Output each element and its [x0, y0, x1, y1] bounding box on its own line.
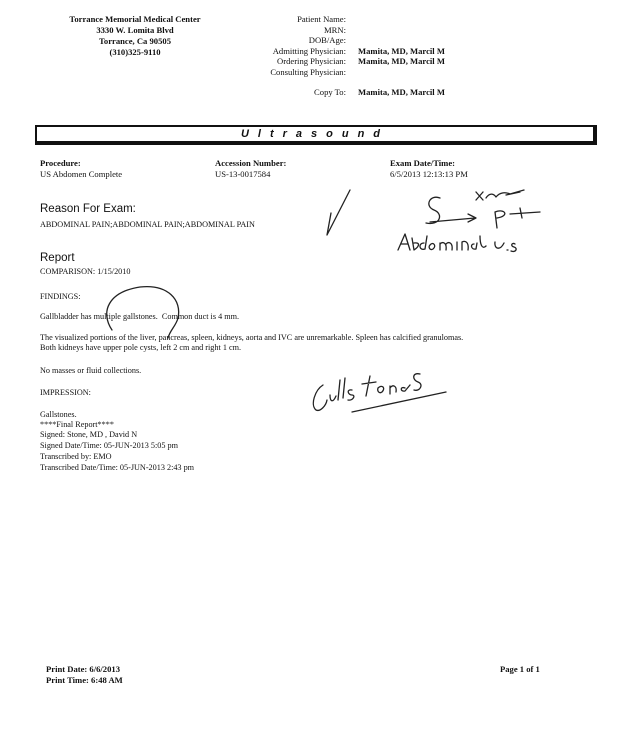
copy-to-row: Copy To: Mamita, MD, Marcil M [255, 87, 445, 98]
consulting-label: Consulting Physician: [255, 67, 346, 78]
page-number: Page 1 of 1 [500, 664, 540, 675]
xray-note [476, 190, 524, 200]
ordering-label: Ordering Physician: [255, 56, 346, 67]
reason-text: ABDOMINAL PAIN;ABDOMINAL PAIN;ABDOMINAL … [40, 220, 255, 230]
pt-note [495, 208, 540, 228]
hospital-name: Torrance Memorial Medical Center [40, 14, 230, 25]
finding-1-duct: Common duct is 4 mm. [162, 312, 239, 321]
ordering-value: Mamita, MD, Marcil M [358, 56, 445, 67]
print-date: Print Date: 6/6/2013 [46, 664, 123, 675]
s-arrow-note [426, 197, 476, 223]
transcribed-datetime: Transcribed Date/Time: 05-JUN-2013 2:43 … [40, 463, 194, 473]
abdominal-us-note [398, 234, 516, 251]
mrn-row: MRN: [255, 25, 445, 36]
accession-block: Accession Number: US-13-0017584 [215, 158, 286, 179]
final-report-marker: ****Final Report**** [40, 420, 114, 430]
gallstones-underline [352, 392, 446, 412]
copy-to-value: Mamita, MD, Marcil M [358, 87, 445, 98]
checkmark-icon [327, 190, 350, 235]
signed-datetime: Signed Date/Time: 05-JUN-2013 5:05 pm [40, 441, 178, 451]
comparison: COMPARISON: 1/15/2010 [40, 267, 130, 277]
finding-3: No masses or fluid collections. [40, 366, 141, 376]
hospital-phone: (310)325-9110 [40, 47, 230, 58]
transcribed-by: Transcribed by: EMO [40, 452, 112, 462]
procedure-value: US Abdomen Complete [40, 169, 122, 180]
dob-row: DOB/Age: [255, 35, 445, 46]
print-info: Print Date: 6/6/2013 Print Time: 6:48 AM [46, 664, 123, 685]
exam-datetime-label: Exam Date/Time: [390, 158, 468, 169]
ordering-row: Ordering Physician: Mamita, MD, Marcil M [255, 56, 445, 67]
accession-label: Accession Number: [215, 158, 286, 169]
admitting-row: Admitting Physician: Mamita, MD, Marcil … [255, 46, 445, 57]
reason-heading: Reason For Exam: [40, 203, 136, 215]
gallstones-note [313, 374, 421, 411]
findings-heading: FINDINGS: [40, 292, 81, 302]
dob-label: DOB/Age: [255, 35, 346, 46]
finding-1: Gallbladder has multiple gallstones. Com… [40, 312, 239, 322]
copy-to-label: Copy To: [255, 87, 346, 98]
consulting-row: Consulting Physician: [255, 67, 445, 78]
report-heading: Report [40, 252, 75, 264]
finding-1-gallstones: Gallbladder has multiple gallstones. [40, 312, 158, 321]
hospital-address: 3330 W. Lomita Blvd [40, 25, 230, 36]
hospital-header: Torrance Memorial Medical Center 3330 W.… [40, 14, 230, 58]
finding-2-line-1: The visualized portions of the liver, pa… [40, 333, 463, 343]
procedure-block: Procedure: US Abdomen Complete [40, 158, 122, 179]
print-time: Print Time: 6:48 AM [46, 675, 123, 686]
patient-name-row: Patient Name: [255, 14, 445, 25]
impression-heading: IMPRESSION: [40, 388, 91, 398]
procedure-label: Procedure: [40, 158, 122, 169]
mrn-label: MRN: [255, 25, 346, 36]
signed-by: Signed: Stone, MD , David N [40, 430, 137, 440]
impression-text: Gallstones. [40, 410, 77, 420]
exam-datetime-block: Exam Date/Time: 6/5/2013 12:13:13 PM [390, 158, 468, 179]
admitting-label: Admitting Physician: [255, 46, 346, 57]
patient-name-label: Patient Name: [255, 14, 346, 25]
patient-info: Patient Name: MRN: DOB/Age: Admitting Ph… [255, 14, 445, 98]
exam-datetime-value: 6/5/2013 12:13:13 PM [390, 169, 468, 180]
finding-2-line-2: Both kidneys have upper pole cysts, left… [40, 343, 241, 353]
hospital-city: Torrance, Ca 90505 [40, 36, 230, 47]
admitting-value: Mamita, MD, Marcil M [358, 46, 445, 57]
ultrasound-banner: Ultrasound [35, 125, 597, 145]
accession-value: US-13-0017584 [215, 169, 286, 180]
